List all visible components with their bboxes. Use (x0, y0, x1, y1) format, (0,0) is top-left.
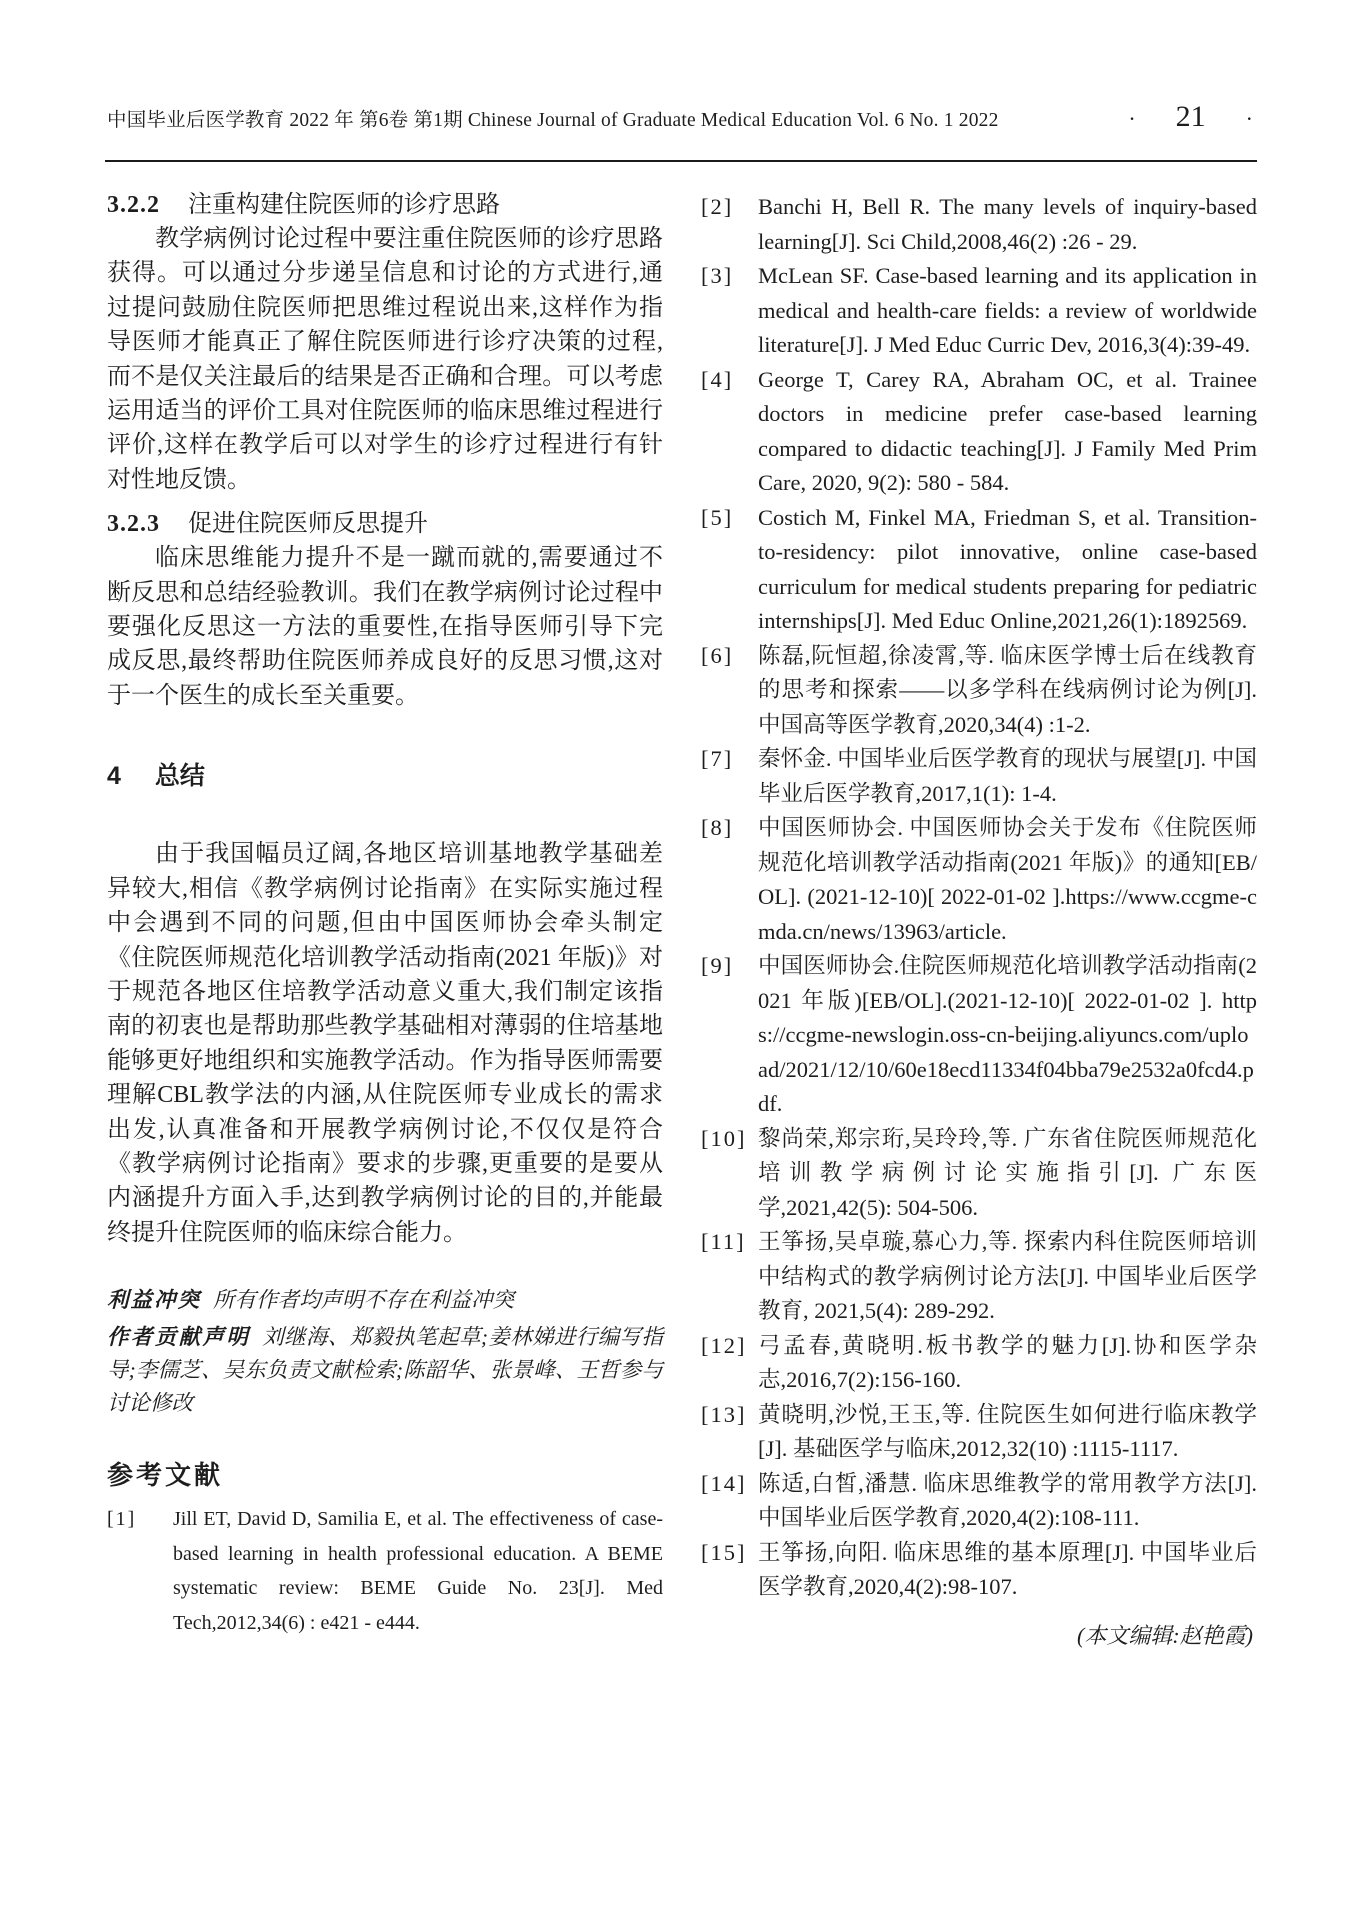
reference-number: [13] (701, 1398, 747, 1433)
section-heading-4: 4总结 (107, 759, 663, 793)
reference-text: 陈磊,阮恒超,徐凌霄,等. 临床医学博士后在线教育的思考和探索——以多学科在线病… (758, 643, 1257, 737)
reference-number: [8] (701, 811, 733, 846)
reference-text: George T, Carey RA, Abraham OC, et al. T… (758, 367, 1257, 496)
reference-number: [1] (107, 1502, 136, 1537)
reference-text: 秦怀金. 中国毕业后医学教育的现状与展望[J]. 中国毕业后医学教育,2017,… (758, 746, 1257, 806)
paragraph-summary: 由于我国幅员辽阔,各地区培训基地教学基础差异较大,相信《教学病例讨论指南》在实际… (107, 837, 663, 1250)
section-heading-3-2-3: 3.2.3促进住院医师反思提升 (107, 507, 663, 541)
reference-text: Jill ET, David D, Samilia E, et al. The … (173, 1508, 663, 1634)
journal-page: 中国毕业后医学教育 2022 年 第6卷 第1期 Chinese Journal… (0, 0, 1357, 1920)
contribution-label: 作者贡献声明 (107, 1325, 250, 1349)
paragraph-3-2-2: 教学病例讨论过程中要注重住院医师的诊疗思路获得。可以通过分步递呈信息和讨论的方式… (107, 222, 663, 497)
reference-item-9: [9]中国医师协会.住院医师规范化培训教学活动指南(2021 年版)[EB/OL… (701, 949, 1257, 1122)
page-number-dot-left: · (1128, 106, 1135, 132)
reference-item-14: [14]陈适,白皙,潘慧. 临床思维教学的常用教学方法[J]. 中国毕业后医学教… (701, 1467, 1257, 1536)
reference-item-8: [8]中国医师协会. 中国医师协会关于发布《住院医师规范化培训教学活动指南(20… (701, 811, 1257, 949)
reference-text: McLean SF. Case-based learning and its a… (758, 263, 1257, 357)
reference-text: 中国医师协会.住院医师规范化培训教学活动指南(2021 年版)[EB/OL].(… (758, 953, 1257, 1116)
section-number: 3.2.2 (107, 192, 160, 218)
section-number: 4 (107, 762, 121, 790)
reference-item-6: [6]陈磊,阮恒超,徐凌霄,等. 临床医学博士后在线教育的思考和探索——以多学科… (701, 639, 1257, 743)
section-heading-3-2-2: 3.2.2注重构建住院医师的诊疗思路 (107, 188, 663, 222)
reference-text: Banchi H, Bell R. The many levels of inq… (758, 194, 1257, 254)
reference-text: 黎尚荣,郑宗珩,吴玲玲,等. 广东省住院医师规范化培训教学病例讨论实施指引[J]… (758, 1126, 1257, 1220)
reference-item-11: [11]王筝扬,吴卓璇,慕心力,等. 探索内科住院医师培训中结构式的教学病例讨论… (701, 1225, 1257, 1329)
reference-item-10: [10]黎尚荣,郑宗珩,吴玲玲,等. 广东省住院医师规范化培训教学病例讨论实施指… (701, 1122, 1257, 1226)
reference-text: 王筝扬,吴卓璇,慕心力,等. 探索内科住院医师培训中结构式的教学病例讨论方法[J… (758, 1229, 1257, 1323)
editor-note: (本文编辑:赵艳霞) (701, 1619, 1257, 1650)
conflict-of-interest-statement: 利益冲突所有作者均声明不存在利益冲突 (107, 1284, 663, 1317)
reference-item-3: [3]McLean SF. Case-based learning and it… (701, 259, 1257, 363)
right-column: [2]Banchi H, Bell R. The many levels of … (701, 190, 1257, 1672)
reference-number: [6] (701, 639, 733, 674)
page-number: 21 (1176, 100, 1206, 134)
reference-item-1: [1]Jill ET, David D, Samilia E, et al. T… (107, 1502, 663, 1640)
reference-number: [3] (701, 259, 733, 294)
paragraph-3-2-3: 临床思维能力提升不是一蹴而就的,需要通过不断反思和总结经验教训。我们在教学病例讨… (107, 541, 663, 713)
journal-header-line: 中国毕业后医学教育 2022 年 第6卷 第1期 Chinese Journal… (107, 104, 999, 132)
reference-number: [4] (701, 363, 733, 398)
reference-item-12: [12]弓孟春,黄晓明.板书教学的魅力[J].协和医学杂志,2016,7(2):… (701, 1329, 1257, 1398)
section-title: 促进住院医师反思提升 (188, 511, 428, 537)
page-header: 中国毕业后医学教育 2022 年 第6卷 第1期 Chinese Journal… (107, 100, 1257, 134)
reference-text: 王筝扬,向阳. 临床思维的基本原理[J]. 中国毕业后医学教育,2020,4(2… (758, 1540, 1257, 1600)
reference-item-7: [7]秦怀金. 中国毕业后医学教育的现状与展望[J]. 中国毕业后医学教育,20… (701, 742, 1257, 811)
reference-number: [7] (701, 742, 733, 777)
section-title: 注重构建住院医师的诊疗思路 (188, 192, 500, 218)
reference-item-2: [2]Banchi H, Bell R. The many levels of … (701, 190, 1257, 259)
reference-number: [14] (701, 1467, 747, 1502)
reference-number: [10] (701, 1122, 747, 1157)
reference-text: 中国医师协会. 中国医师协会关于发布《住院医师规范化培训教学活动指南(2021 … (758, 815, 1257, 944)
reference-item-15: [15]王筝扬,向阳. 临床思维的基本原理[J]. 中国毕业后医学教育,2020… (701, 1536, 1257, 1605)
reference-number: [9] (701, 949, 733, 984)
reference-number: [12] (701, 1329, 747, 1364)
page-number-group: · 21 · (1128, 100, 1257, 134)
references-heading: 参考文献 (107, 1458, 663, 1492)
conflict-label: 利益冲突 (107, 1288, 201, 1312)
reference-number: [11] (701, 1225, 746, 1260)
left-column: 3.2.2注重构建住院医师的诊疗思路 教学病例讨论过程中要注重住院医师的诊疗思路… (107, 178, 663, 1640)
reference-item-5: [5]Costich M, Finkel MA, Friedman S, et … (701, 501, 1257, 639)
author-contribution-statement: 作者贡献声明刘继海、郑毅执笔起草;姜林娣进行编写指导;李儒芝、吴东负责文献检索;… (107, 1321, 663, 1420)
reference-text: 陈适,白皙,潘慧. 临床思维教学的常用教学方法[J]. 中国毕业后医学教育,20… (758, 1471, 1257, 1531)
reference-number: [5] (701, 501, 733, 536)
reference-text: 黄晓明,沙悦,王玉,等. 住院医生如何进行临床教学[J]. 基础医学与临床,20… (758, 1402, 1257, 1462)
page-number-dot-right: · (1246, 106, 1253, 132)
reference-number: [2] (701, 190, 733, 225)
reference-text: Costich M, Finkel MA, Friedman S, et al.… (758, 505, 1257, 634)
reference-item-4: [4]George T, Carey RA, Abraham OC, et al… (701, 363, 1257, 501)
reference-number: [15] (701, 1536, 747, 1571)
header-rule (105, 160, 1257, 162)
conflict-text: 所有作者均声明不存在利益冲突 (213, 1288, 514, 1312)
reference-item-13: [13]黄晓明,沙悦,王玉,等. 住院医生如何进行临床教学[J]. 基础医学与临… (701, 1398, 1257, 1467)
section-title: 总结 (155, 762, 205, 790)
section-number: 3.2.3 (107, 511, 160, 537)
reference-text: 弓孟春,黄晓明.板书教学的魅力[J].协和医学杂志,2016,7(2):156-… (758, 1333, 1257, 1393)
